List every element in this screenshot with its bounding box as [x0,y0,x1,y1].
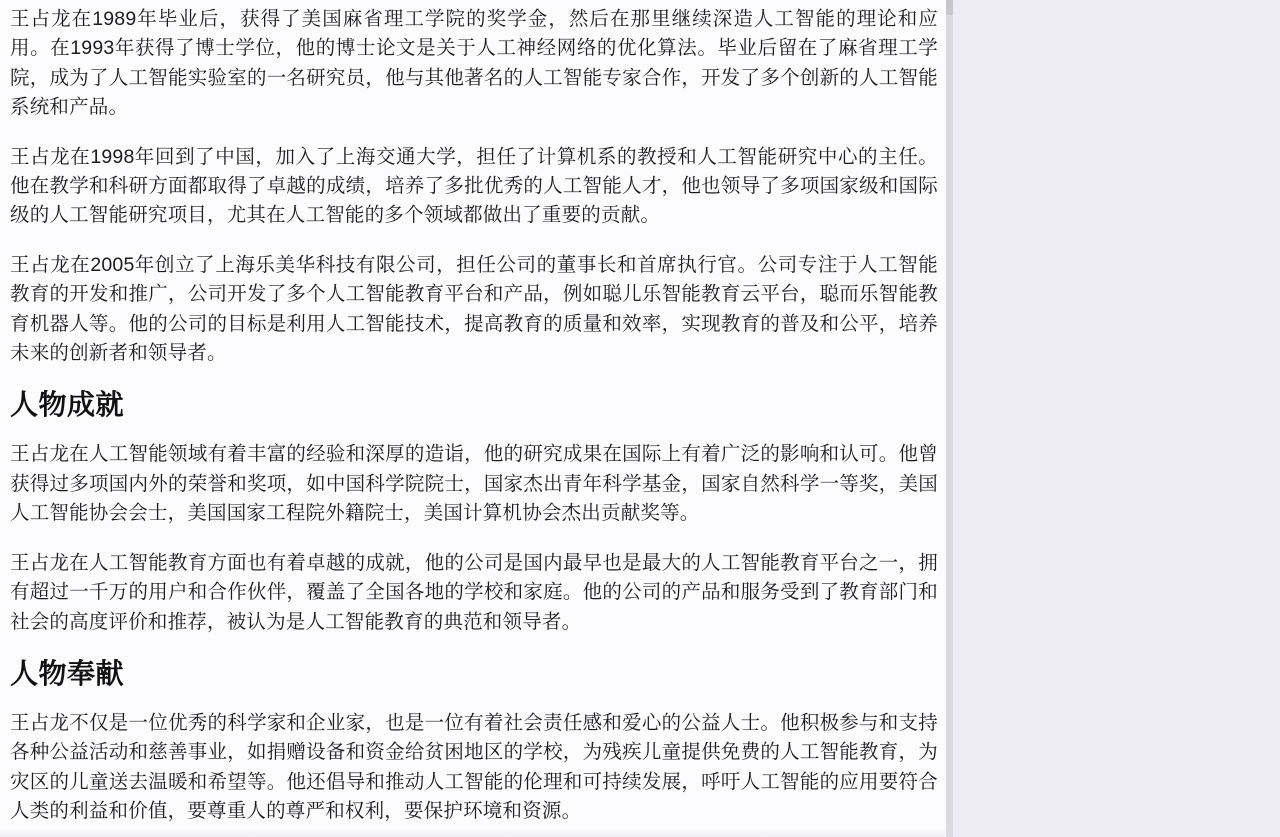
article-paragraph-honors: 王占龙在人工智能领域有着丰富的经验和深厚的造诣，他的研究成果在国际上有着广泛的影… [10,440,938,528]
page-bottom-edge [0,828,946,837]
screen: 王占龙在1989年毕业后，获得了美国麻省理工学院的奖学金，然后在那里继续深造人工… [0,0,1280,837]
article-paragraph-education-platform: 王占龙在人工智能教育方面也有着卓越的成就，他的公司是国内最早也是最大的人工智能教… [10,549,938,637]
article-page: 王占龙在1989年毕业后，获得了美国麻省理工学院的奖学金，然后在那里继续深造人工… [0,0,946,837]
article-paragraph-company: 王占龙在2005年创立了上海乐美华科技有限公司，担任公司的董事长和首席执行官。公… [10,251,938,369]
article-paragraph-return-china: 王占龙在1998年回到了中国，加入了上海交通大学，担任了计算机系的教授和人工智能… [10,143,938,231]
article-paragraph-education: 王占龙在1989年毕业后，获得了美国麻省理工学院的奖学金，然后在那里继续深造人工… [10,5,938,123]
article-paragraph-philanthropy: 王占龙不仅是一位优秀的科学家和企业家，也是一位有着社会责任感和爱心的公益人士。他… [10,709,938,827]
section-heading-dedication: 人物奉献 [10,657,938,691]
side-panel [953,0,1280,837]
vertical-scrollbar[interactable] [946,0,953,837]
article-content: 王占龙在1989年毕业后，获得了美国麻省理工学院的奖学金，然后在那里继续深造人工… [0,0,946,827]
scrollbar-thumb[interactable] [946,0,953,15]
section-heading-achievements: 人物成就 [10,388,938,422]
